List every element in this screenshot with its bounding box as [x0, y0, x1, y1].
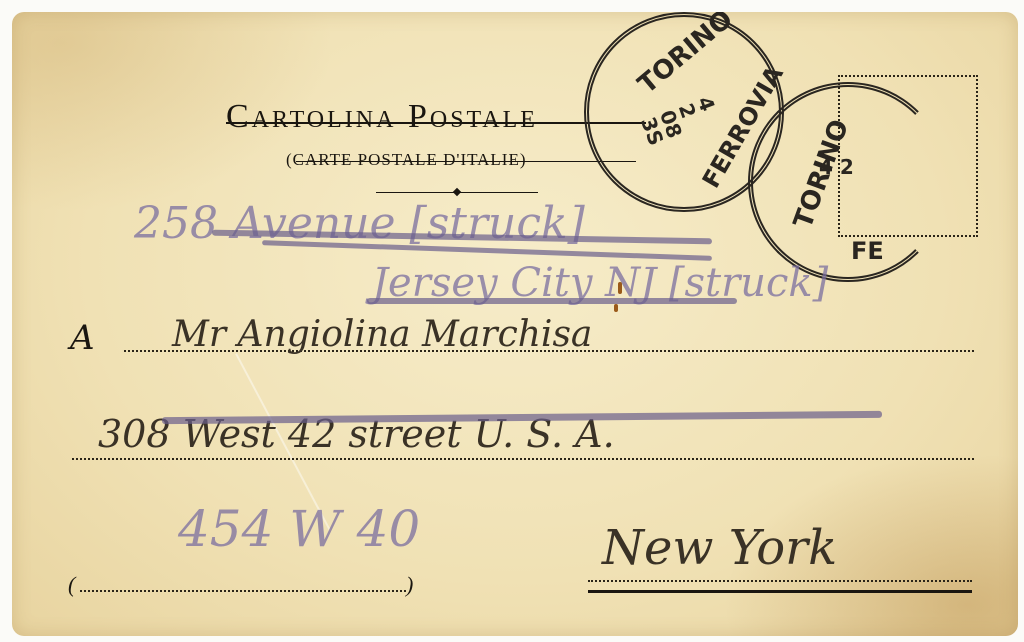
- close-paren: ): [406, 572, 413, 598]
- address-line-2: [72, 458, 974, 460]
- pencil-strike-3: [367, 298, 737, 304]
- subtitle-strikethrough: [296, 161, 636, 162]
- recipient-name: Mr Angiolina Marchisa: [172, 314, 592, 355]
- city-name: New York: [602, 520, 837, 576]
- pencil-note-line1: 258 Avenue [struck]: [134, 198, 585, 249]
- postmark-torino: TORINO 4 2 FE: [748, 82, 948, 282]
- city-underline: [588, 590, 972, 593]
- printed-title: Cartolina Postale: [226, 98, 646, 136]
- open-paren: (: [68, 572, 75, 598]
- diamond-rule-ornament-icon: [376, 192, 538, 193]
- subtitle-text: (Carte Postale d'Italie): [286, 150, 527, 169]
- postmark-city: TORINO: [633, 12, 739, 100]
- title-text: Cartolina Postale: [226, 98, 538, 135]
- postmark-date: 4 2: [819, 157, 854, 177]
- pencil-note-line3: 454 W 40: [178, 500, 420, 558]
- postmark-office: FE: [851, 237, 884, 265]
- postmark-date: 4 2 08 3S: [638, 94, 720, 140]
- title-strikethrough: [226, 122, 646, 124]
- address-line-3: [80, 590, 406, 592]
- address-line-4: [588, 580, 972, 582]
- postcard: Cartolina Postale (Carte Postale d'Itali…: [12, 12, 1018, 636]
- rust-stain: [618, 282, 622, 294]
- salutation-prefix: A: [70, 318, 95, 358]
- rust-stain: [614, 304, 618, 312]
